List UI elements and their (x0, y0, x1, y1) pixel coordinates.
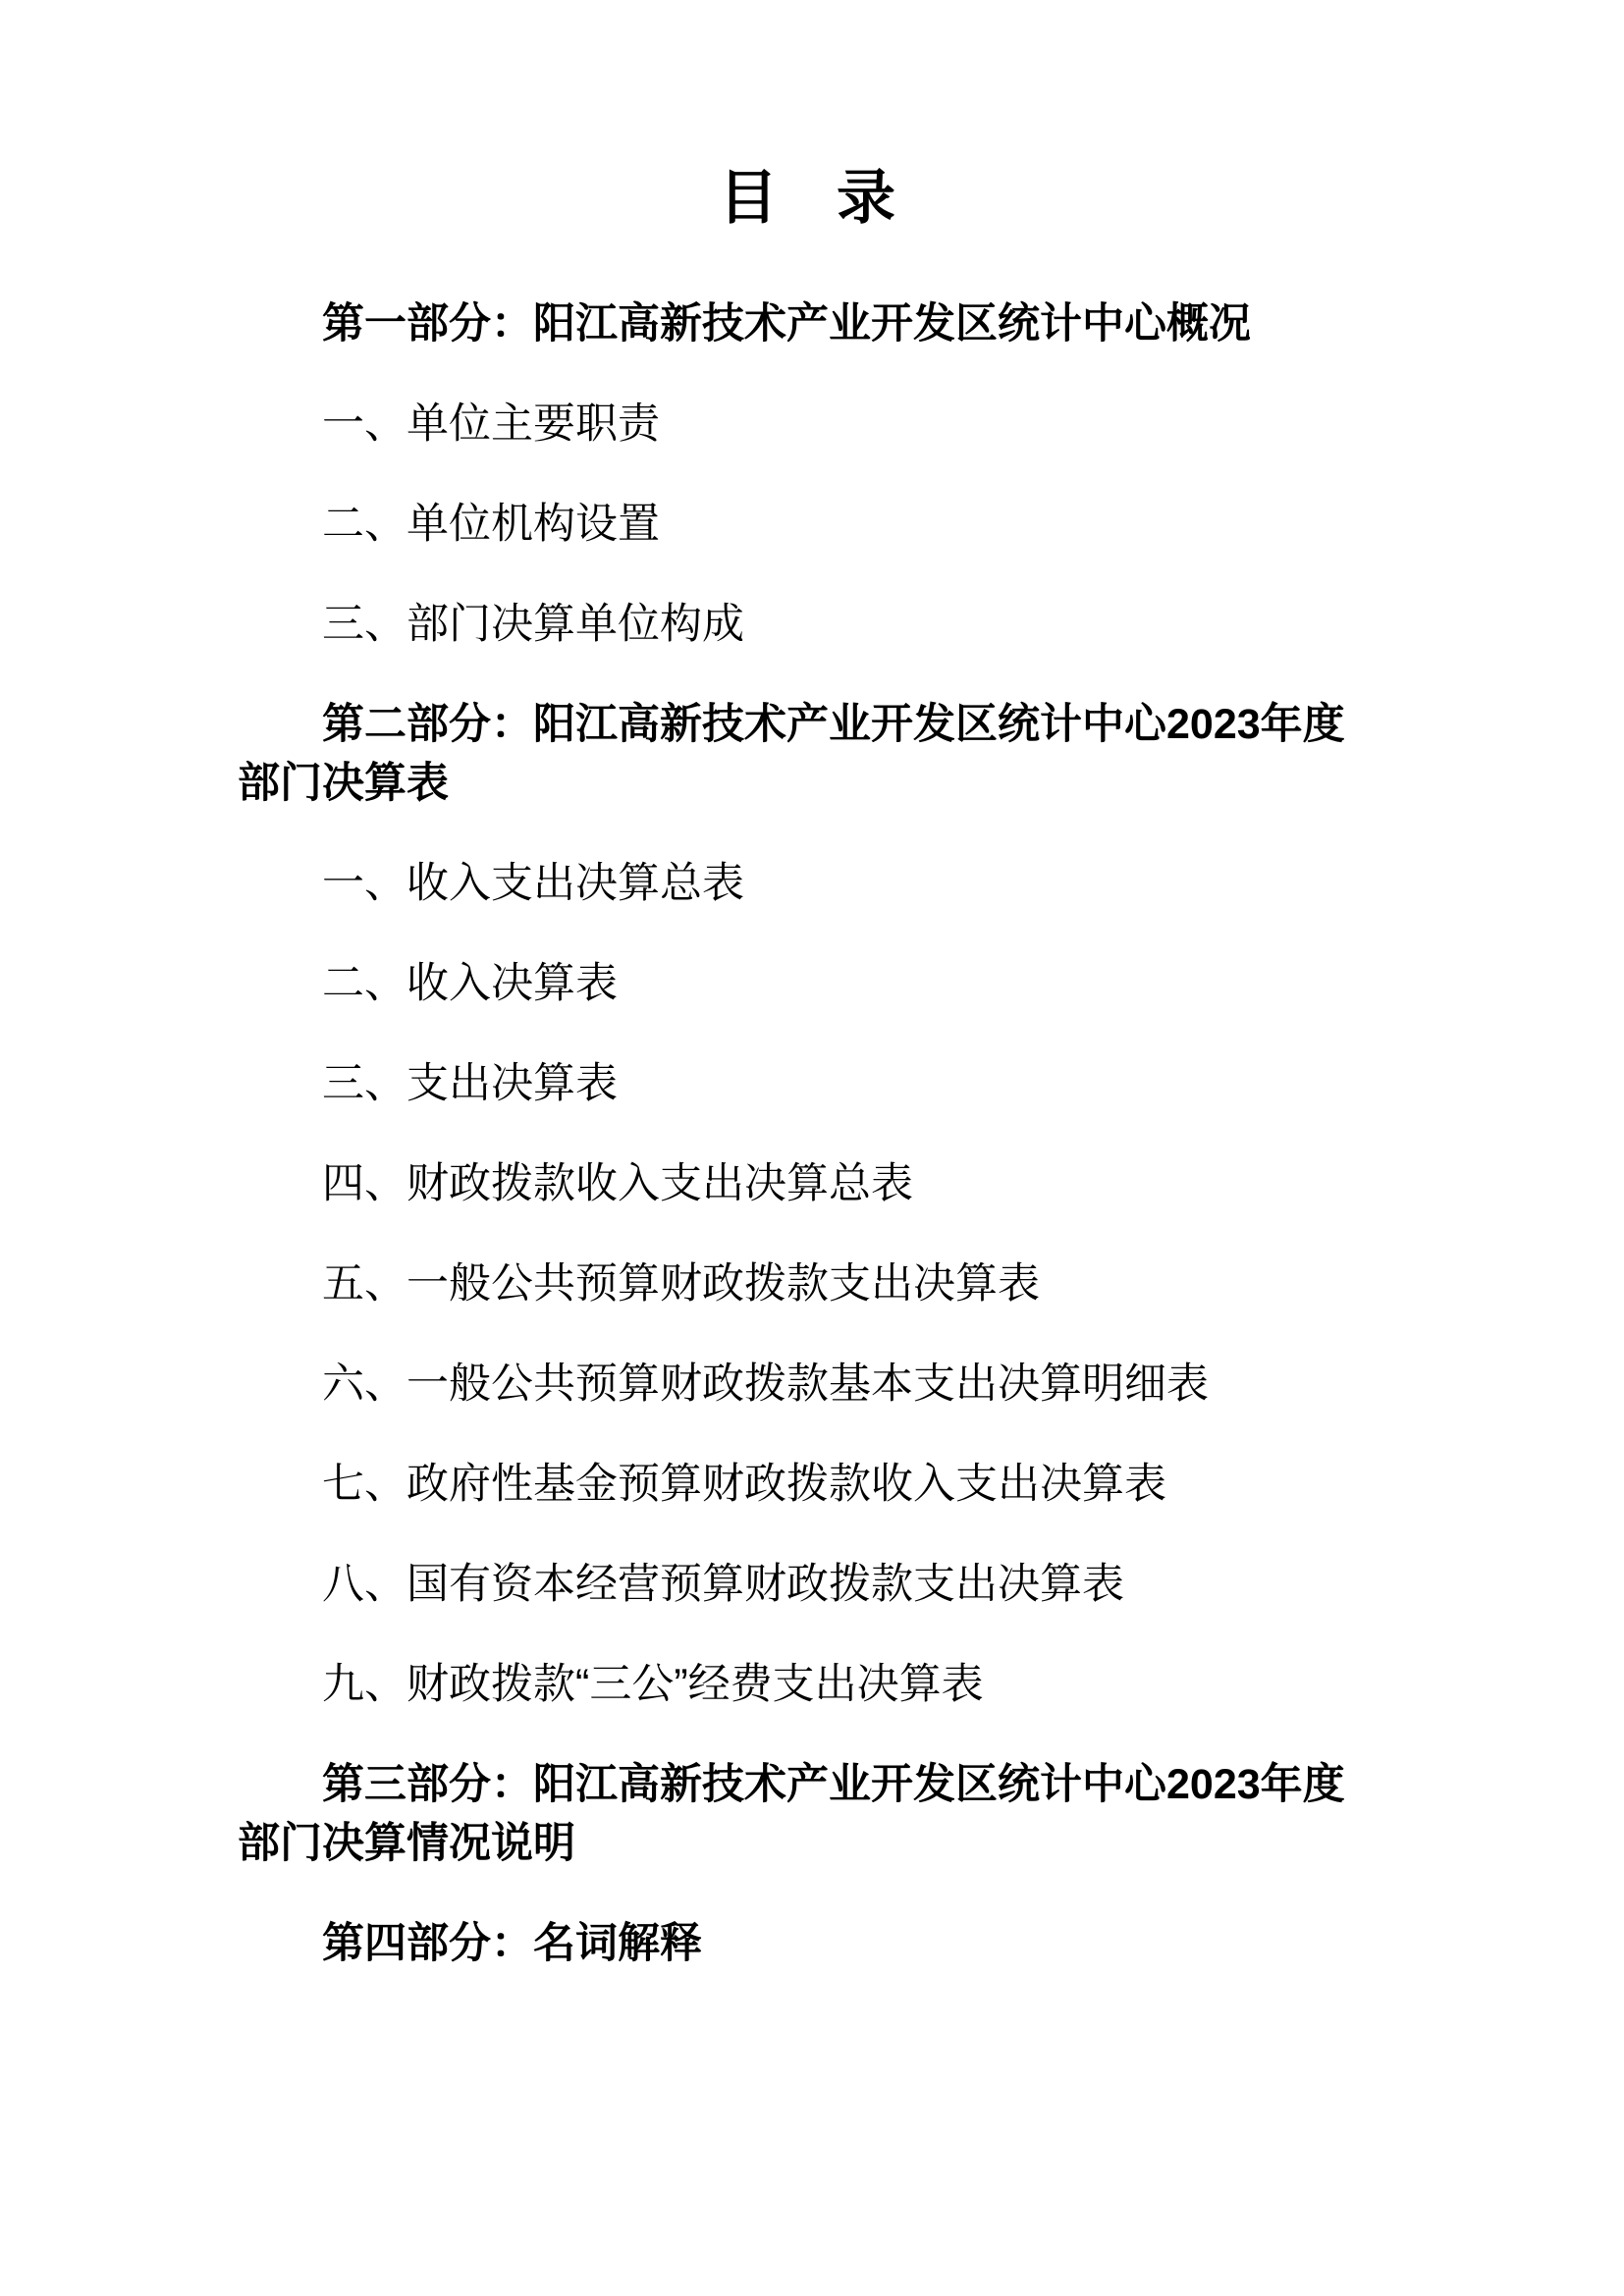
toc-item: 三、部门决算单位构成 (238, 595, 1377, 654)
toc-list: 第一部分：阳江高新技术产业开发区统计中心概况一、单位主要职责二、单位机构设置三、… (238, 294, 1377, 1973)
toc-section-heading: 第一部分：阳江高新技术产业开发区统计中心概况 (238, 294, 1377, 353)
toc-section-heading: 第四部分：名词解释 (238, 1914, 1377, 1973)
toc-item: 三、支出决算表 (238, 1054, 1377, 1113)
toc-section-heading: 第三部分：阳江高新技术产业开发区统计中心2023年度部门决算情况说明 (238, 1755, 1377, 1873)
toc-section-heading: 第二部分：阳江高新技术产业开发区统计中心2023年度部门决算表 (238, 695, 1377, 813)
toc-item: 二、单位机构设置 (238, 495, 1377, 554)
toc-item: 九、财政拨款“三公”经费支出决算表 (238, 1655, 1377, 1714)
page-title: 目 录 (238, 167, 1377, 230)
toc-item: 四、财政拨款收入支出决算总表 (238, 1154, 1377, 1213)
toc-item: 八、国有资本经营预算财政拨款支出决算表 (238, 1555, 1377, 1614)
toc-item: 六、一般公共预算财政拨款基本支出决算明细表 (238, 1355, 1377, 1414)
toc-item: 一、单位主要职责 (238, 395, 1377, 454)
toc-item: 一、收入支出决算总表 (238, 854, 1377, 913)
document-page: 目 录 第一部分：阳江高新技术产业开发区统计中心概况一、单位主要职责二、单位机构… (0, 0, 1624, 2296)
toc-item: 七、政府性基金预算财政拨款收入支出决算表 (238, 1455, 1377, 1514)
toc-item: 五、一般公共预算财政拨款支出决算表 (238, 1255, 1377, 1313)
toc-item: 二、收入决算表 (238, 954, 1377, 1013)
